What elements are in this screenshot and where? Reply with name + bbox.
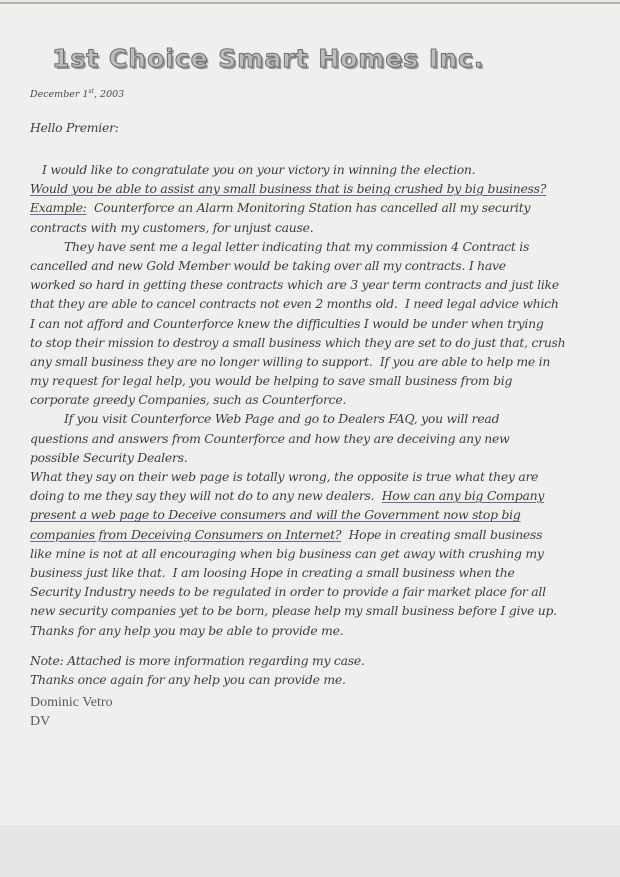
body-text-segment: to stop their mission to destroy a small… xyxy=(30,335,565,350)
underlined-text: Example: xyxy=(30,200,87,215)
body-line: I would like to congratulate you on your… xyxy=(30,160,590,179)
letter-body: I would like to congratulate you on your… xyxy=(30,160,590,640)
body-line: present a web page to Deceive consumers … xyxy=(30,505,590,524)
body-line: If you visit Counterforce Web Page and g… xyxy=(30,409,590,428)
body-text-segment: cancelled and new Gold Member would be t… xyxy=(30,258,506,273)
greeting: Hello Premier: xyxy=(30,118,590,137)
underlined-text: companies from Deceiving Consumers on In… xyxy=(30,527,341,542)
letter-date: December 1st, 2003 xyxy=(30,88,124,100)
body-line: worked so hard in getting these contract… xyxy=(30,275,590,294)
body-line: companies from Deceiving Consumers on In… xyxy=(30,525,590,544)
body-text-segment: questions and answers from Counterforce … xyxy=(30,431,509,446)
body-text-segment: Thanks for any help you may be able to p… xyxy=(30,623,343,638)
body-text-segment: worked so hard in getting these contract… xyxy=(30,277,559,292)
body-text-segment: contracts with my customers, for unjust … xyxy=(30,220,313,235)
body-text-segment: They have sent me a legal letter indicat… xyxy=(64,239,529,254)
body-text-segment: my request for legal help, you would be … xyxy=(30,373,512,388)
signature-name: Dominic Vetro xyxy=(30,695,113,711)
date-prefix: December 1 xyxy=(30,89,89,100)
body-text-segment: any small business they are no longer wi… xyxy=(30,354,550,369)
body-text-segment: What they say on their web page is total… xyxy=(30,469,538,484)
body-text-segment: doing to me they say they will not do to… xyxy=(30,488,382,503)
body-text-segment: Hope in creating small business xyxy=(341,527,542,542)
body-line: new security companies yet to be born, p… xyxy=(30,601,590,620)
body-line: business just like that. I am loosing Ho… xyxy=(30,563,590,582)
body-line: cancelled and new Gold Member would be t… xyxy=(30,256,590,275)
body-line: Security Industry needs to be regulated … xyxy=(30,582,590,601)
body-text-segment: possible Security Dealers. xyxy=(30,450,187,465)
body-line: They have sent me a legal letter indicat… xyxy=(30,237,590,256)
body-line: What they say on their web page is total… xyxy=(30,467,590,486)
body-line: any small business they are no longer wi… xyxy=(30,352,590,371)
body-text-segment: Counterforce an Alarm Monitoring Station… xyxy=(87,200,531,215)
body-line: Would you be able to assist any small bu… xyxy=(30,179,590,198)
signature-initials: DV xyxy=(30,714,50,730)
body-text-segment: Security Industry needs to be regulated … xyxy=(30,584,546,599)
body-text-segment: like mine is not at all encouraging when… xyxy=(30,546,544,561)
closing-block: Note: Attached is more information regar… xyxy=(30,651,590,689)
body-text-segment: new security companies yet to be born, p… xyxy=(30,603,557,618)
body-line: contracts with my customers, for unjust … xyxy=(30,218,590,237)
scan-background xyxy=(0,825,620,877)
body-line: Example: Counterforce an Alarm Monitorin… xyxy=(30,198,590,217)
body-line: my request for legal help, you would be … xyxy=(30,371,590,390)
body-text-segment: business just like that. I am loosing Ho… xyxy=(30,565,515,580)
body-text-segment: corporate greedy Companies, such as Coun… xyxy=(30,392,346,407)
underlined-text: Would you be able to assist any small bu… xyxy=(30,181,546,196)
underlined-text: How can any big Company xyxy=(382,488,544,503)
body-line: Thanks for any help you may be able to p… xyxy=(30,621,590,640)
body-text-segment: that they are able to cancel contracts n… xyxy=(30,296,559,311)
body-text-segment: I would like to congratulate you on your… xyxy=(42,162,475,177)
closing-note: Note: Attached is more information regar… xyxy=(30,651,590,670)
body-line: to stop their mission to destroy a small… xyxy=(30,333,590,352)
body-text-segment: I can not afford and Counterforce knew t… xyxy=(30,316,544,331)
company-letterhead: 1st Choice Smart Homes Inc. xyxy=(52,44,572,73)
body-line: doing to me they say they will not do to… xyxy=(30,486,590,505)
body-text-segment: If you visit Counterforce Web Page and g… xyxy=(64,411,499,426)
body-line: corporate greedy Companies, such as Coun… xyxy=(30,390,590,409)
body-line: like mine is not at all encouraging when… xyxy=(30,544,590,563)
closing-thanks: Thanks once again for any help you can p… xyxy=(30,670,590,689)
date-suffix: , 2003 xyxy=(94,89,124,100)
body-line: questions and answers from Counterforce … xyxy=(30,429,590,448)
underlined-text: present a web page to Deceive consumers … xyxy=(30,507,521,522)
body-line: that they are able to cancel contracts n… xyxy=(30,294,590,313)
body-line: I can not afford and Counterforce knew t… xyxy=(30,314,590,333)
body-line: possible Security Dealers. xyxy=(30,448,590,467)
